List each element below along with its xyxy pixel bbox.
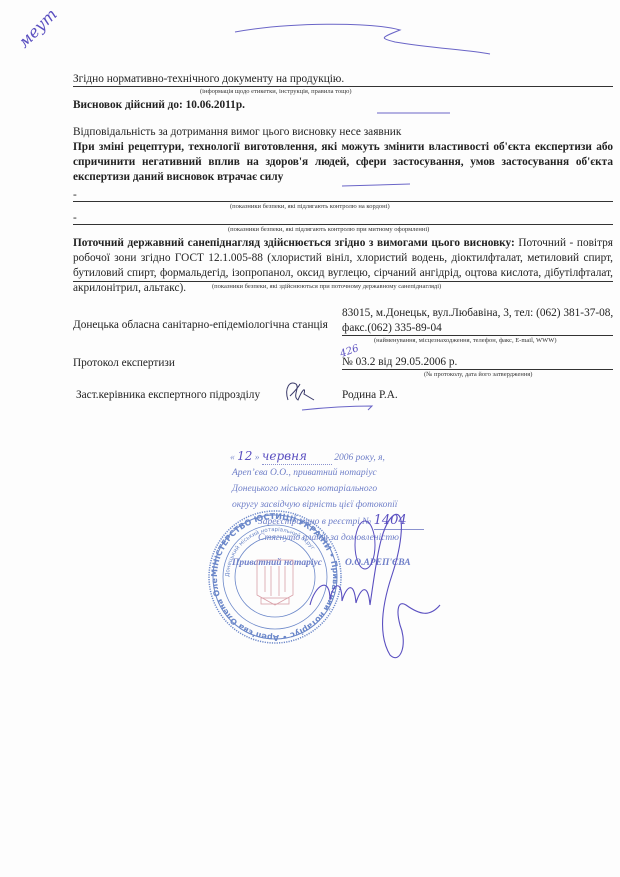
border-caption: (показники безпеки, які підлягають контр…: [230, 203, 390, 210]
organization-address-line2: факс.(062) 335-89-04: [342, 321, 442, 335]
customs-control-value: -: [73, 211, 77, 225]
organization-underline: [342, 335, 613, 336]
protocol-underline: [342, 369, 613, 370]
protocol-label: Протокол експертизи: [73, 356, 175, 370]
notary-signature: [290, 505, 450, 665]
supervision-heading: Поточний державний санепіднагляд здійсню…: [73, 237, 515, 249]
responsibility-text: Відповідальність за дотримання вимог цьо…: [73, 125, 401, 139]
signatory-position: Заст.керівника експертного підрозділу: [76, 388, 260, 402]
notary-line-2: Арепʼєва О.О., приватний нотаріус: [232, 465, 377, 481]
organization-caption: (найменування, місцезнаходження, телефон…: [374, 337, 557, 344]
margin-handwritten-note: меут: [14, 5, 61, 52]
void-clause: При зміні рецептури, технології виготовл…: [73, 140, 613, 185]
pen-stroke: [300, 404, 380, 412]
normative-underline: [73, 86, 613, 87]
border-underline: [73, 201, 613, 202]
notary-month: червня: [262, 448, 332, 465]
void-clause-text: При зміні рецептури, технології виготовл…: [73, 141, 613, 183]
protocol-caption: (№ протоколу, дата його затвердження): [424, 371, 532, 378]
customs-underline: [73, 224, 613, 225]
organization-address-line1: 83015, м.Донецьк, вул.Любавіна, 3, тел: …: [342, 306, 613, 320]
supervision-caption: (показники безпеки, які здійснюються при…: [212, 283, 441, 290]
notary-year: 2006 року, я,: [334, 453, 385, 463]
validity-date: Висновок дійсний до: 10.06.2011р.: [73, 98, 245, 112]
organization-name: Донецька обласна санітарно-епідеміологіч…: [73, 318, 328, 332]
normative-document-text: Згідно нормативно-технічного документу н…: [73, 72, 344, 86]
normative-caption: (інформація щодо етикетки, інструкція, п…: [200, 88, 352, 95]
signatory-name: Родина Р.А.: [342, 388, 398, 402]
pen-stroke: [340, 182, 420, 188]
notary-day: 12: [237, 449, 252, 463]
pen-stroke-top: [230, 20, 530, 60]
protocol-value: № 03.2 від 29.05.2006 р.: [342, 355, 457, 369]
supervision-underline: [73, 281, 613, 282]
notary-line-3: Донецького міського нотаріального: [232, 481, 377, 497]
stamp-emblem: [257, 560, 293, 605]
border-control-value: -: [73, 188, 77, 202]
customs-caption: (показники безпеки, які підлягають контр…: [228, 226, 429, 233]
pen-stroke: [375, 110, 455, 116]
notary-date-line: « 12 » червня 2006 року, я,: [230, 448, 385, 466]
